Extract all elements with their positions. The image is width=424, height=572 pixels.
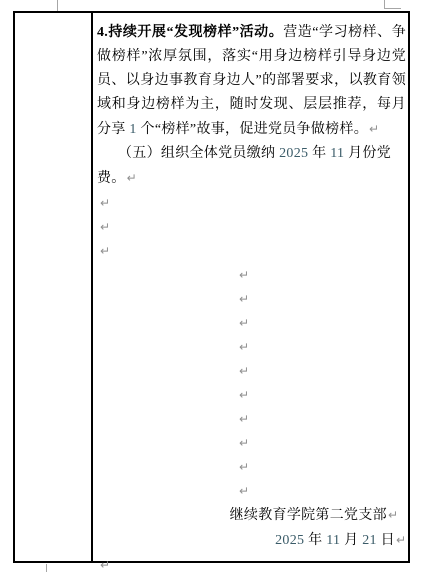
- empty-paragraph: ↵: [97, 431, 406, 455]
- page-margin-mark-top-right: [384, 0, 401, 9]
- paragraph-party-dues: （五）组织全体党员缴纳 2025 年 11 月份党费。↵: [97, 142, 406, 191]
- paragraph-mark-icon: ↵: [99, 196, 110, 210]
- paragraph-mark-icon: ↵: [126, 171, 137, 185]
- empty-paragraphs-left: ↵↵↵: [97, 191, 406, 263]
- signature-line: 继续教育学院第二党支部↵: [97, 503, 406, 528]
- paragraph-mark-icon: ↵: [238, 388, 249, 402]
- date-text: 2025 年 11 月 21 日: [275, 533, 395, 548]
- paragraph-mark-icon: ↵: [395, 533, 406, 547]
- empty-paragraph: ↵: [97, 215, 406, 239]
- empty-paragraph: ↵: [97, 455, 406, 479]
- paragraph-body-text: 营造“学习榜样、争做榜样”浓厚氛围，落实“用身边榜样引导身边党员、以身边事教育身…: [97, 25, 406, 137]
- empty-paragraph: ↵: [97, 263, 406, 287]
- paragraph-mark-icon: ↵: [238, 364, 249, 378]
- party-dues-text: （五）组织全体党员缴纳 2025 年 11 月份党费。: [97, 146, 391, 186]
- empty-paragraph: ↵: [97, 383, 406, 407]
- empty-paragraph: ↵: [97, 287, 406, 311]
- paragraph-mark-icon: ↵: [238, 316, 249, 330]
- paragraph-mark-icon: ↵: [238, 484, 249, 498]
- empty-paragraph: ↵: [97, 407, 406, 431]
- empty-paragraph: ↵: [97, 335, 406, 359]
- paragraph-mark-icon: ↵: [238, 460, 249, 474]
- paragraph-mark-icon: ↵: [238, 340, 249, 354]
- empty-paragraph: ↵: [97, 191, 406, 215]
- empty-paragraph: ↵: [97, 311, 406, 335]
- paragraph-mark-icon: ↵: [238, 412, 249, 426]
- paragraph-mark-icon: ↵: [99, 220, 110, 234]
- trailing-empty-paragraph: ↵: [97, 553, 406, 572]
- paragraph-mark-icon: ↵: [238, 292, 249, 306]
- empty-paragraph: ↵: [97, 479, 406, 503]
- empty-paragraph: ↵: [97, 359, 406, 383]
- paragraph-discover-role-models: 4.持续开展“发现榜样”活动。营造“学习榜样、争做榜样”浓厚氛围，落实“用身边榜…: [97, 21, 406, 142]
- document-page: 4.持续开展“发现榜样”活动。营造“学习榜样、争做榜样”浓厚氛围，落实“用身边榜…: [0, 0, 424, 572]
- table-cell-left-empty: [15, 13, 93, 561]
- paragraph-mark-icon: ↵: [368, 122, 379, 136]
- page-margin-mark-bottom-left: [46, 564, 48, 572]
- paragraph-mark-icon: ↵: [238, 436, 249, 450]
- empty-paragraph: ↵: [97, 239, 406, 263]
- empty-paragraphs-centered: ↵↵↵↵↵↵↵↵↵↵: [97, 263, 406, 503]
- document-table: 4.持续开展“发现榜样”活动。营造“学习榜样、争做榜样”浓厚氛围，落实“用身边榜…: [13, 11, 410, 563]
- date-line: 2025 年 11 月 21 日↵: [97, 528, 406, 553]
- paragraph-mark-icon: ↵: [99, 244, 110, 258]
- table-cell-content: 4.持续开展“发现榜样”活动。营造“学习榜样、争做榜样”浓厚氛围，落实“用身边榜…: [93, 13, 408, 561]
- paragraph-mark-icon: ↵: [238, 268, 249, 282]
- signature-text: 继续教育学院第二党支部: [230, 508, 387, 523]
- paragraph-mark-icon: ↵: [99, 558, 110, 572]
- paragraph-mark-icon: ↵: [387, 508, 398, 522]
- paragraph-lead-bold: 4.持续开展“发现榜样”活动。: [97, 25, 283, 40]
